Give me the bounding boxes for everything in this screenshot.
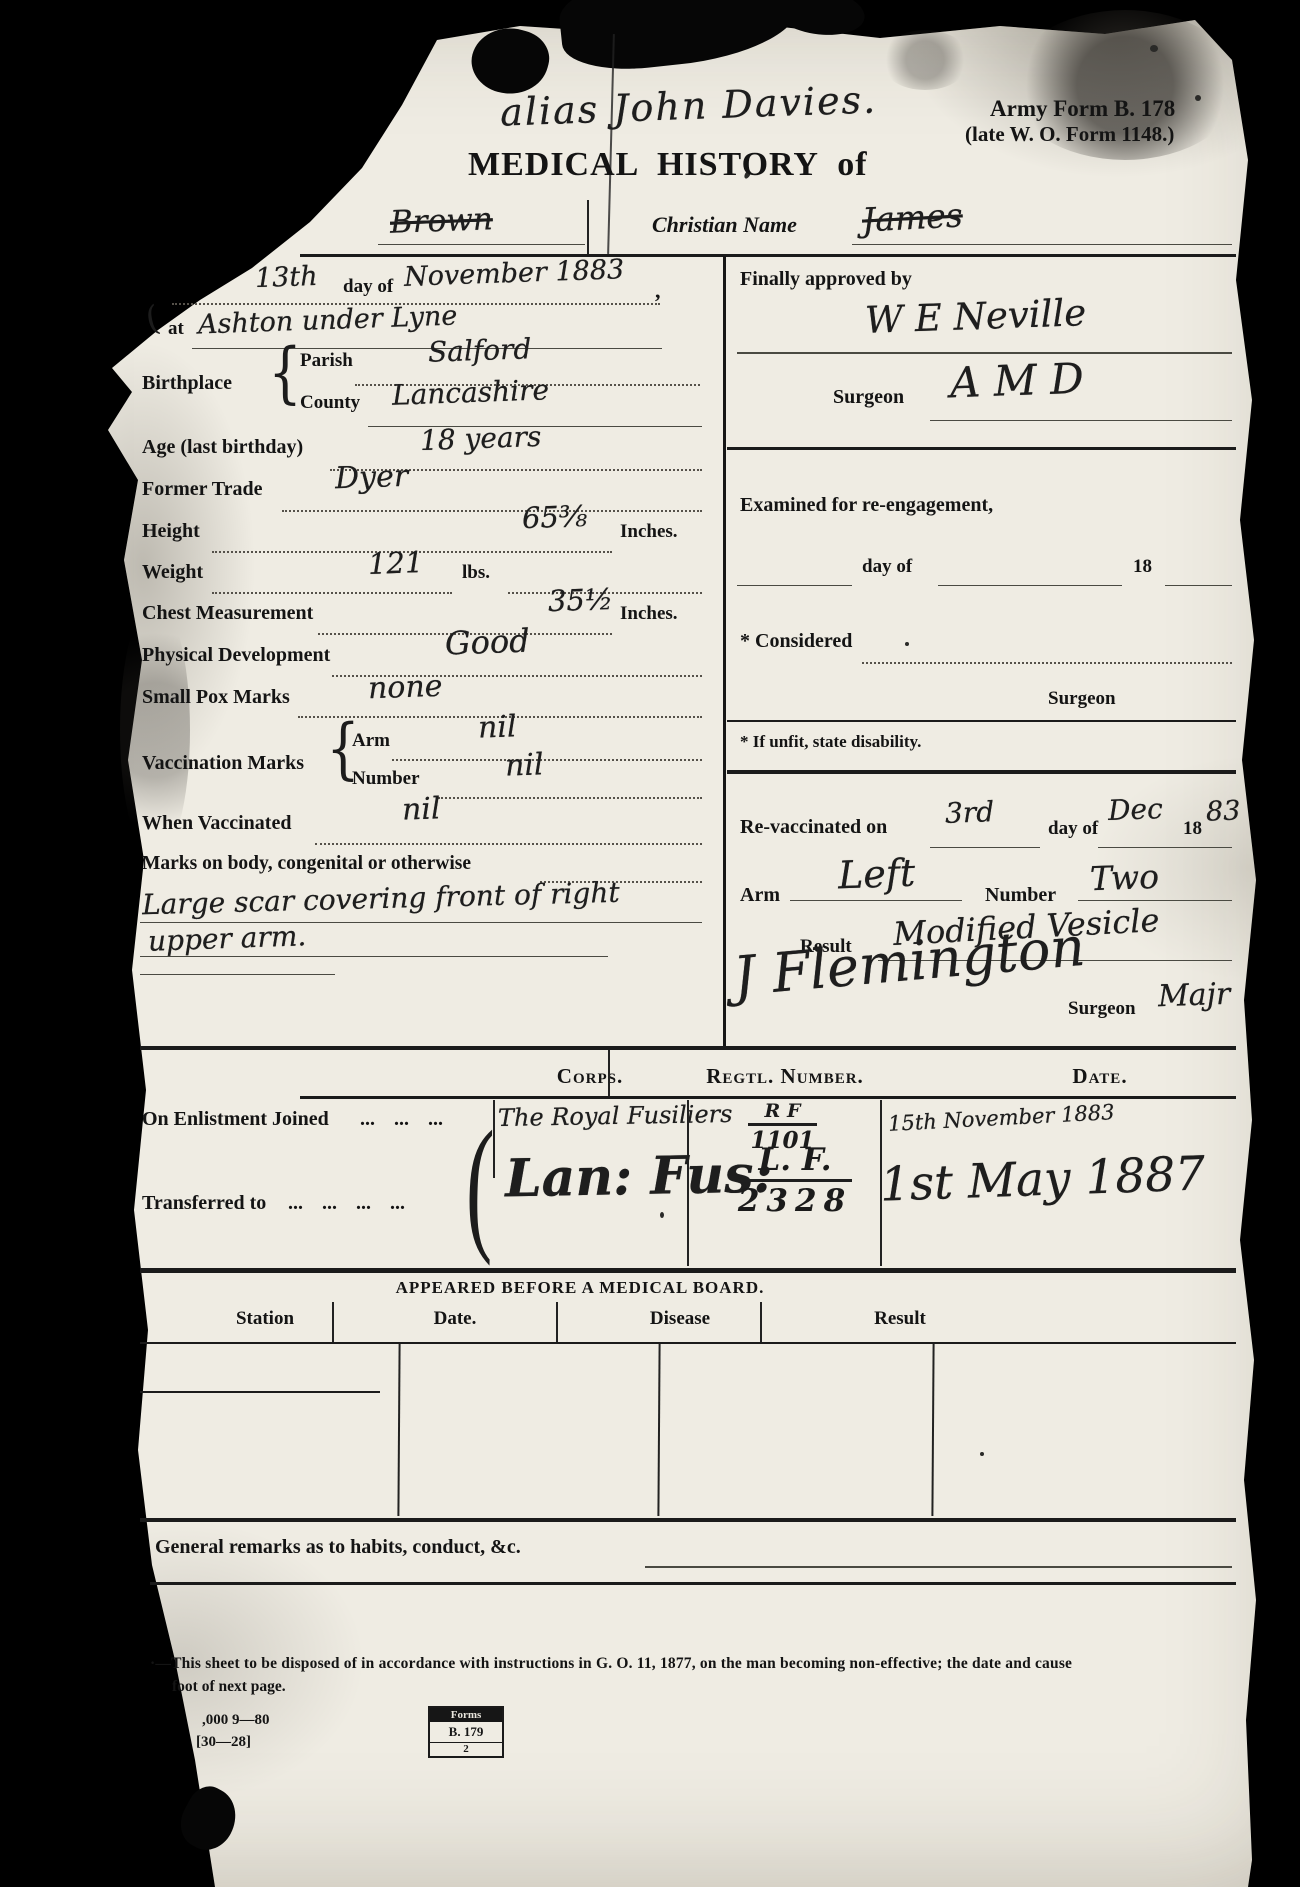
reeng-underline-a: [737, 585, 852, 586]
transferred-to-label: Transferred to: [142, 1192, 266, 1215]
when-vaccinated-value: nil: [401, 791, 441, 827]
medical-board-title: APPEARED BEFORE A MEDICAL BOARD.: [320, 1278, 840, 1298]
vacc-arm-underline: [392, 759, 702, 761]
station-header: Station: [200, 1308, 330, 1330]
revacc-dayof-label: day of: [1048, 818, 1098, 840]
enlist-dayof-label: day of: [343, 276, 393, 298]
transferred-regtl-number: L. F. 2328: [730, 1142, 860, 1219]
parish-value: Salford: [427, 332, 531, 369]
regtl-prefix: L. F.: [730, 1142, 860, 1178]
age-label: Age (last birthday): [142, 436, 303, 459]
reeng-year-prefix: 18: [1133, 556, 1152, 578]
ink-speck: [980, 1452, 984, 1456]
reeng-dayof-label: day of: [862, 556, 912, 578]
weight-label: Weight: [142, 561, 203, 584]
approval-surgeon-label: Surgeon: [833, 386, 904, 409]
board-header-rule: [140, 1342, 1236, 1344]
revacc-year-value: 83: [1205, 795, 1240, 827]
revacc-arm-label: Arm: [740, 884, 780, 907]
age-value: 18 years: [419, 420, 541, 457]
smallpox-value: none: [367, 669, 443, 707]
header-rule: [300, 254, 1236, 257]
surgeon-rule: [727, 720, 1236, 722]
ink-speck: [660, 1212, 664, 1218]
weight-unit: lbs.: [462, 562, 490, 584]
enlist-day-value: 13th: [254, 261, 318, 294]
board-header-divider: [556, 1302, 558, 1342]
board-partial-rule: [140, 1391, 380, 1393]
table-top-rule: [140, 1046, 1236, 1050]
considered-label: * Considered: [740, 630, 852, 653]
vacc-number-label: Number: [352, 768, 420, 790]
disease-header: Disease: [620, 1308, 740, 1330]
weight-underline-a: [212, 592, 452, 594]
table-bottom-rule: [140, 1268, 1236, 1273]
marks-label: Marks on body, congenital or otherwise: [142, 853, 471, 875]
surname-value: Brown: [389, 201, 493, 241]
trade-label: Former Trade: [142, 478, 263, 501]
form-number-line2: (late W. O. Form 1148.): [965, 122, 1174, 147]
ink-speck: [1150, 45, 1158, 52]
christian-name-underline: [852, 244, 1232, 245]
scanned-medical-history-form: alias John Davies. Army Form B. 178 (lat…: [0, 0, 1300, 1887]
table-header-rule: [300, 1096, 1236, 1099]
footer-note-line2: foot of next page.: [172, 1678, 286, 1696]
birthplace-brace: {: [268, 340, 302, 406]
transferred-to-dots: ... ... ... ...: [288, 1192, 405, 1215]
regtl-number-header: Regtl. Number.: [690, 1064, 880, 1089]
physical-label: Physical Development: [142, 644, 330, 667]
board-date-header: Date.: [400, 1308, 510, 1330]
considered-underline: [862, 662, 1232, 664]
approved-underline: [737, 352, 1232, 354]
fraction-bar: [738, 1179, 852, 1182]
smallpox-label: Small Pox Marks: [142, 686, 290, 709]
ink-speck: [1195, 95, 1201, 101]
approval-surgeon-underline: [930, 420, 1232, 421]
christian-name-value: James: [861, 195, 964, 239]
trade-underline: [282, 510, 702, 512]
column-divider: [723, 256, 726, 1046]
height-unit: Inches.: [620, 521, 678, 543]
approval-surgeon-signature: A M D: [949, 354, 1084, 408]
reeng-surgeon-label: Surgeon: [1048, 688, 1116, 710]
finally-approved-label: Finally approved by: [740, 268, 912, 291]
chest-label: Chest Measurement: [142, 602, 313, 625]
form-title: MEDICAL HISTORY of: [468, 146, 868, 184]
marks-extra-underline: [140, 974, 335, 975]
parish-label: Parish: [300, 350, 353, 372]
weight-value: 121: [367, 545, 424, 581]
if-unfit-label: * If unfit, state disability.: [740, 732, 921, 752]
board-header-divider: [760, 1302, 762, 1342]
birthplace-label: Birthplace: [142, 372, 232, 395]
examined-label: Examined for re-engagement,: [740, 494, 993, 517]
revacc-surgeon-label: Surgeon: [1068, 998, 1136, 1020]
board-result-header: Result: [845, 1308, 955, 1330]
christian-name-label: Christian Name: [652, 212, 797, 238]
trade-value: Dyer: [334, 459, 408, 497]
marks-value-line2: upper arm.: [147, 919, 306, 958]
county-value: Lancashire: [391, 373, 549, 411]
enlistment-joined-label: On Enlistment Joined: [142, 1108, 329, 1131]
print-code-line2: [30—28]: [196, 1734, 251, 1751]
revacc-number-label: Number: [985, 884, 1056, 907]
forms-box-label: Forms: [430, 1708, 502, 1722]
revacc-arm-underline: [790, 900, 962, 901]
revacc-year-prefix: 18: [1183, 818, 1202, 840]
form-number-line1: Army Form B. 178: [990, 96, 1175, 122]
fraction-bar: [748, 1123, 817, 1126]
regtl-prefix: R F: [740, 1100, 825, 1122]
section-rule: [727, 447, 1236, 450]
revacc-underline-b: [1098, 847, 1232, 848]
at-paren: (: [143, 301, 163, 337]
header-stray-line: [608, 1050, 610, 1096]
surgeon-rank-value: Majr: [1157, 977, 1230, 1015]
remarks-rule: [150, 1582, 1236, 1585]
section-rule2: [727, 770, 1236, 774]
at-label: at: [168, 318, 184, 340]
revacc-month-value: Dec: [1107, 792, 1163, 827]
height-label: Height: [142, 520, 200, 543]
chest-unit: Inches.: [620, 603, 678, 625]
row-big-paren: (: [465, 1107, 495, 1259]
forms-box-number: B. 179: [430, 1722, 502, 1743]
transferred-date-value: 1st May 1887: [879, 1146, 1206, 1212]
enlistment-joined-dots: ... ... ...: [360, 1108, 443, 1131]
forms-stamp-box: Forms B. 179 2: [428, 1706, 504, 1758]
name-divider: [587, 200, 589, 254]
enlistment-corps-value: The Royal Fusiliers: [498, 1100, 733, 1132]
vacc-arm-value: nil: [477, 709, 517, 745]
general-remarks-label: General remarks as to habits, conduct, &…: [155, 1536, 521, 1559]
surname-underline: [378, 244, 585, 245]
revacc-label: Re-vaccinated on: [740, 816, 887, 839]
revacc-arm-value: Left: [837, 851, 916, 898]
revacc-day-value: 3rd: [944, 795, 994, 830]
forms-box-count: 2: [430, 1743, 502, 1756]
enlist-comma: ,: [655, 278, 661, 304]
approved-signature: W E Neville: [864, 291, 1087, 342]
ink-speck: [905, 642, 909, 646]
marks-line2-underline: [140, 956, 608, 957]
board-bottom-rule: [140, 1518, 1236, 1522]
physical-value: Good: [444, 622, 530, 663]
when-vaccinated-label: When Vaccinated: [142, 812, 291, 835]
height-value: 65⅜: [521, 499, 587, 535]
vaccination-label: Vaccination Marks: [142, 752, 304, 775]
revacc-number-value: Two: [1089, 857, 1159, 898]
reeng-underline-c: [1165, 585, 1232, 586]
remarks-underline: [645, 1566, 1232, 1568]
reeng-underline-b: [938, 585, 1122, 586]
revacc-underline-a: [930, 847, 1040, 848]
board-header-divider: [332, 1302, 334, 1342]
when-vaccinated-underline: [315, 843, 702, 845]
vacc-arm-label: Arm: [352, 730, 390, 752]
chest-value: 35½: [547, 582, 613, 618]
footer-note-line1: ·—This sheet to be disposed of in accord…: [150, 1655, 1072, 1673]
regtl-digits: 2328: [730, 1183, 860, 1219]
print-code-line1: ,000 9—80: [202, 1712, 270, 1729]
corps-header: Corps.: [500, 1064, 680, 1089]
date-header: Date.: [1000, 1064, 1200, 1089]
scan-smudge: [880, 30, 970, 90]
vacc-number-underline: [438, 797, 702, 799]
county-label: County: [300, 392, 360, 414]
vacc-number-value: nil: [504, 747, 544, 783]
